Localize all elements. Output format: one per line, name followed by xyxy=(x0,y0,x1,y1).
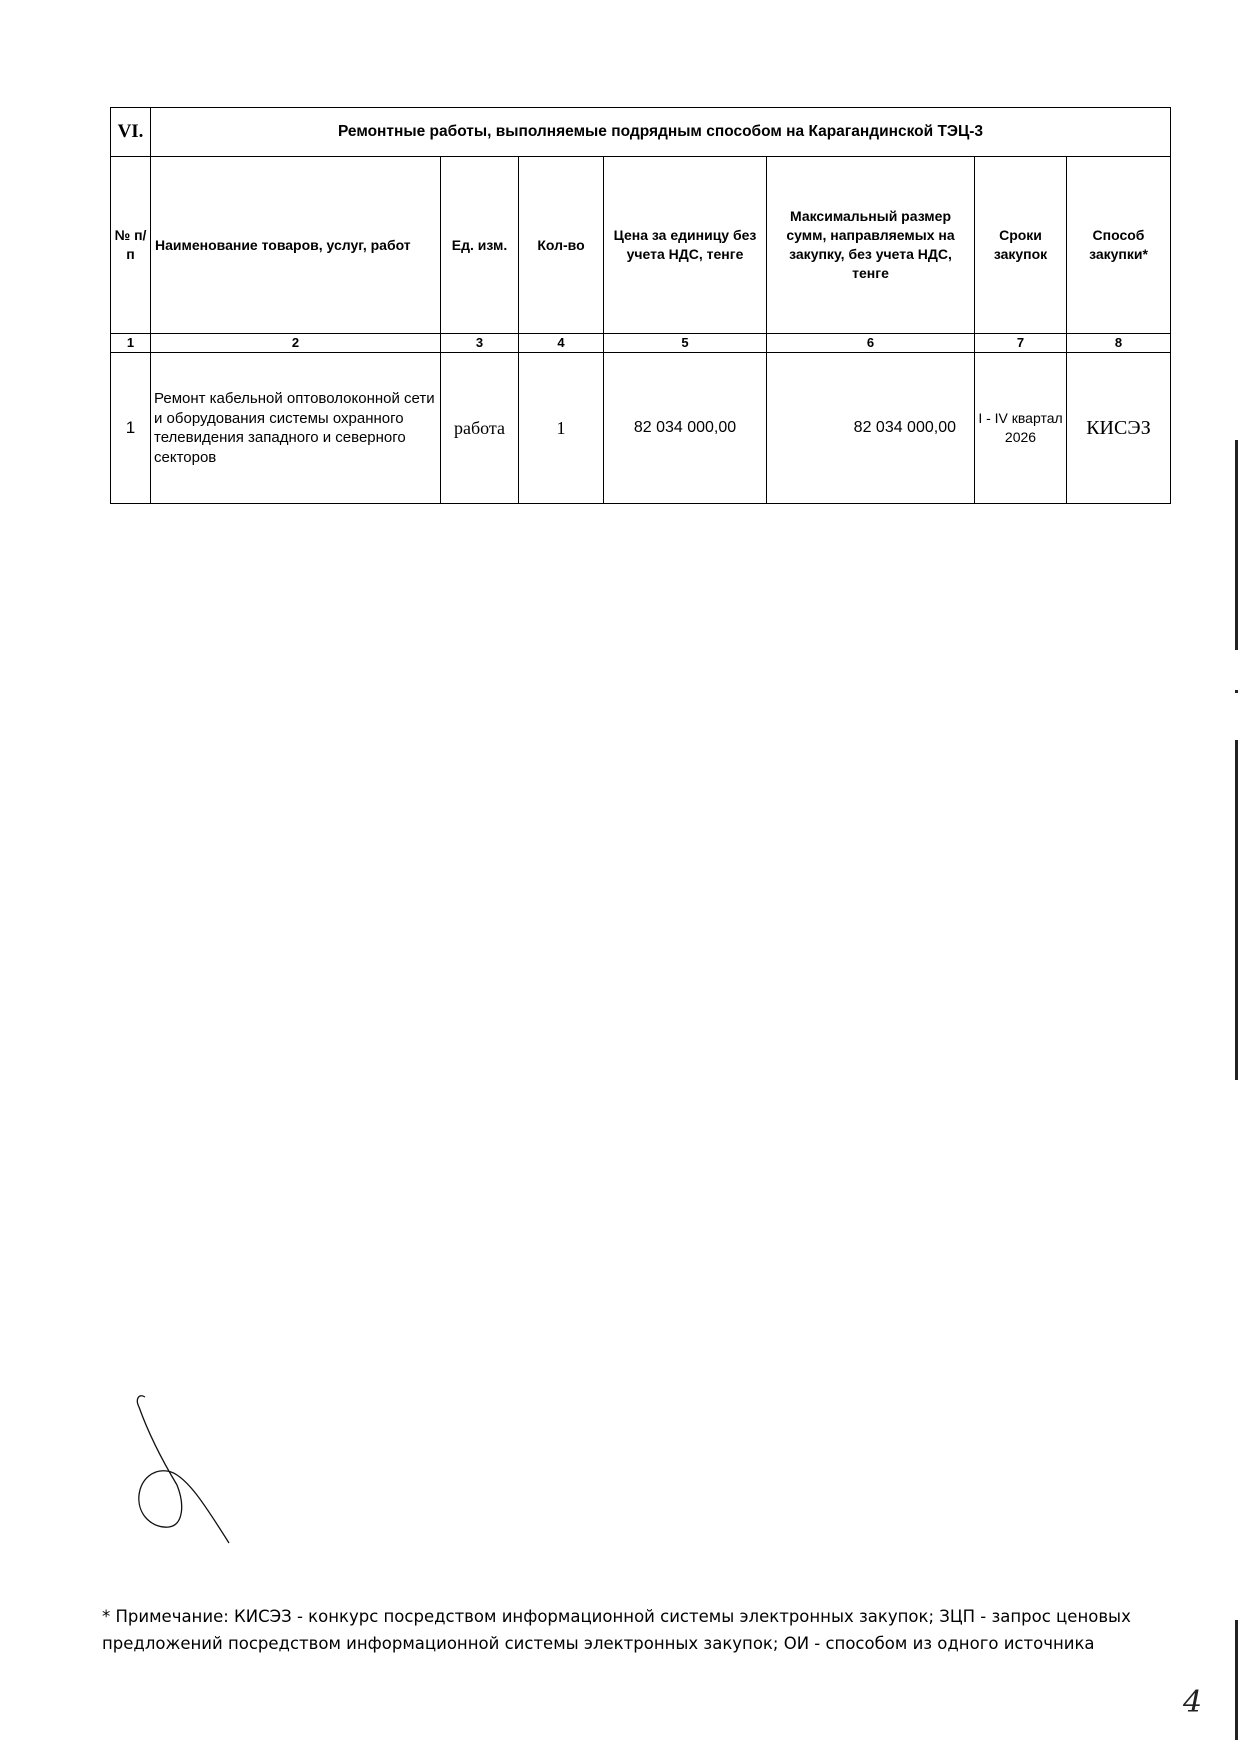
column-number: 2 xyxy=(151,334,441,353)
section-number: VI. xyxy=(111,108,151,157)
header-index: № п/п xyxy=(111,157,151,334)
header-unit-price: Цена за единицу без учета НДС, тенге xyxy=(604,157,767,334)
signature-icon xyxy=(125,1385,245,1545)
section-header-row: VI. Ремонтные работы, выполняемые подряд… xyxy=(111,108,1171,157)
header-max-amount: Максимальный размер сумм, направляемых н… xyxy=(767,157,975,334)
scan-edge-mark xyxy=(1235,440,1238,650)
column-number: 6 xyxy=(767,334,975,353)
header-quantity: Кол-во xyxy=(519,157,604,334)
header-name: Наименование товаров, услуг, работ xyxy=(151,157,441,334)
table-row: 1 Ремонт кабельной оптоволоконной сети и… xyxy=(111,353,1171,504)
footnote: * Примечание: КИСЭЗ - конкурс посредство… xyxy=(102,1603,1132,1657)
document-page: VI. Ремонтные работы, выполняемые подряд… xyxy=(0,0,1240,1755)
row-quantity: 1 xyxy=(519,353,604,504)
column-number: 5 xyxy=(604,334,767,353)
procurement-table: VI. Ремонтные работы, выполняемые подряд… xyxy=(110,107,1171,504)
column-number: 1 xyxy=(111,334,151,353)
page-number-mark: 4 xyxy=(1183,1685,1202,1720)
header-method: Способ закупки* xyxy=(1067,157,1171,334)
row-name: Ремонт кабельной оптоволоконной сети и о… xyxy=(151,353,441,504)
row-unit-price: 82 034 000,00 xyxy=(604,353,767,504)
section-title: Ремонтные работы, выполняемые подрядным … xyxy=(151,108,1171,157)
column-number: 3 xyxy=(441,334,519,353)
column-number: 4 xyxy=(519,334,604,353)
scan-edge-mark xyxy=(1235,690,1238,693)
row-unit: работа xyxy=(441,353,519,504)
row-method: КИСЭЗ xyxy=(1067,353,1171,504)
column-number: 7 xyxy=(975,334,1067,353)
header-unit: Ед. изм. xyxy=(441,157,519,334)
column-number-row: 1 2 3 4 5 6 7 8 xyxy=(111,334,1171,353)
scan-edge-mark xyxy=(1235,1620,1238,1740)
column-header-row: № п/п Наименование товаров, услуг, работ… xyxy=(111,157,1171,334)
row-term: I - IV квартал 2026 xyxy=(975,353,1067,504)
row-max-amount: 82 034 000,00 xyxy=(767,353,975,504)
scan-edge-mark xyxy=(1235,740,1238,1080)
header-term: Сроки закупок xyxy=(975,157,1067,334)
column-number: 8 xyxy=(1067,334,1171,353)
row-index: 1 xyxy=(111,353,151,504)
